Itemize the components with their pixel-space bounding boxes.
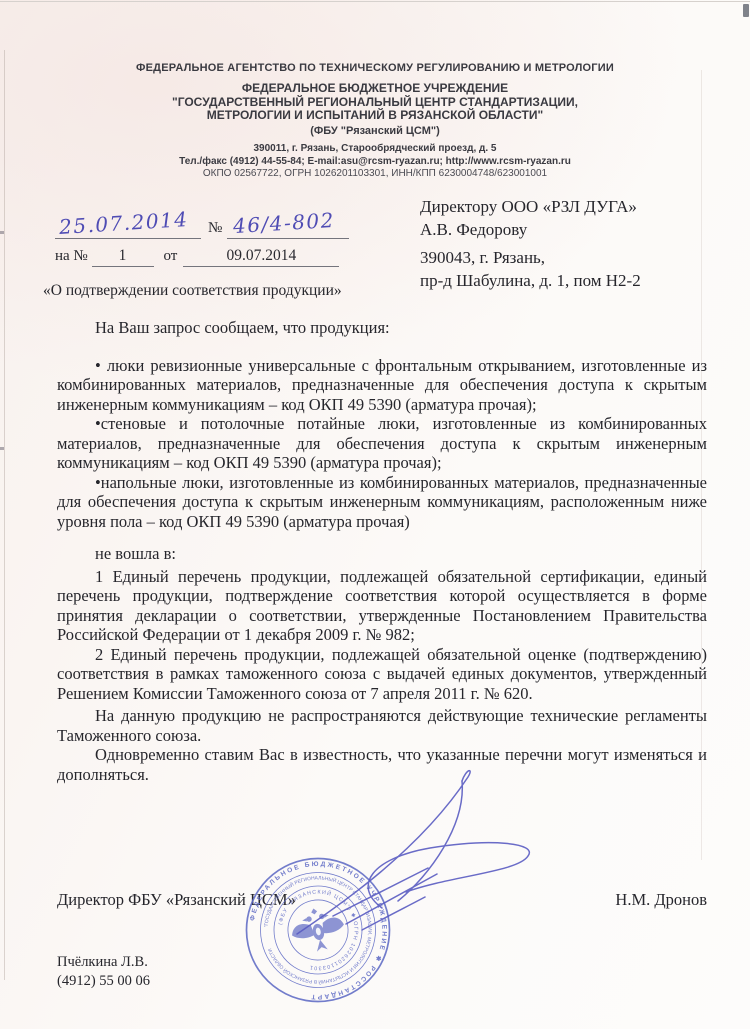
letterhead-name-line1: "ГОСУДАРСТВЕННЫЙ РЕГИОНАЛЬНЫЙ ЦЕНТР СТАН… [0, 96, 750, 110]
signature-stroke [333, 868, 428, 916]
letterhead-short-name: (ФБУ "Рязанский ЦСМ") [0, 125, 750, 137]
scan-artifact [0, 231, 4, 234]
letterhead-agency: ФЕДЕРАЛЬНОЕ АГЕНТСТВО ПО ТЕХНИЧЕСКОМУ РЕ… [0, 62, 750, 74]
body-paragraph-bullet: • люки ревизионные универсальные с фронт… [57, 356, 707, 415]
incoming-number-value: 1 [92, 247, 154, 265]
letterhead-institution: ФЕДЕРАЛЬНОЕ БЮДЖЕТНОЕ УЧРЕЖДЕНИЕ [0, 82, 750, 96]
body-paragraph: не вошла в: [57, 544, 707, 564]
reference-block: 25.07.2014 № 46/4-802 на № 1 от 09.07.20… [55, 206, 385, 268]
scan-artifact [0, 447, 4, 450]
executor-phone: (4912) 55 00 06 [57, 972, 150, 991]
letterhead-codes: ОКПО 02567722, ОГРН 1026201103301, ИНН/К… [0, 168, 750, 179]
incoming-ref-row: на № 1 от 09.07.2014 [55, 242, 385, 268]
addressee-line1: Директору ООО «РЗЛ ДУГА» [420, 196, 720, 219]
signatory-name: Н.М. Дронов [615, 890, 707, 910]
from-label: от [164, 248, 178, 265]
signature-stroke [362, 897, 425, 930]
number-sign: № [208, 220, 222, 237]
scan-corner-mark [743, 4, 749, 17]
incoming-date-value: 09.07.2014 [183, 247, 339, 265]
letterhead-contacts: Тел./факс (4912) 44-55-84; E-mail:asu@rc… [0, 156, 750, 167]
body-paragraph: 2 Единый перечень продукции, подлежащей … [57, 645, 707, 704]
letter-body: На Ваш запрос сообщаем, что продукция: •… [57, 318, 707, 784]
addressee-line4: пр-д Шабулина, д. 1, пом Н2-2 [420, 270, 720, 293]
pen-signature [270, 755, 570, 935]
addressee-line3: 390043, г. Рязань, [420, 247, 720, 270]
letterhead-address: 390011, г. Рязань, Старообрядческий прое… [0, 143, 750, 154]
letterhead: ФЕДЕРАЛЬНОЕ АГЕНТСТВО ПО ТЕХНИЧЕСКОМУ РЕ… [0, 62, 750, 179]
outgoing-ref-row: 25.07.2014 № 46/4-802 [55, 206, 385, 240]
outgoing-number-field: 46/4-802 [227, 206, 349, 239]
letterhead-name-line2: МЕТРОЛОГИИ И ИСПЫТАНИЙ В РЯЗАНСКОЙ ОБЛАС… [0, 109, 750, 123]
outgoing-date-field: 25.07.2014 [55, 206, 201, 239]
outgoing-date-handwritten: 25.07.2014 [58, 207, 189, 239]
signature-stroke [297, 771, 470, 934]
addressee-block: Директору ООО «РЗЛ ДУГА» А.В. Федорову 3… [420, 196, 720, 292]
signature-stroke [346, 874, 437, 924]
executor-block: Пчёлкина Л.В. (4912) 55 00 06 [57, 953, 150, 991]
body-paragraph: 1 Единый перечень продукции, подлежащей … [57, 567, 707, 645]
outgoing-number-handwritten: 46/4-802 [233, 208, 336, 238]
scan-top-edge [0, 1, 750, 2]
scanned-letter-page: ФЕДЕРАЛЬНОЕ АГЕНТСТВО ПО ТЕХНИЧЕСКОМУ РЕ… [0, 0, 750, 1029]
incoming-number-field: 1 [92, 242, 154, 267]
body-paragraph: На Ваш запрос сообщаем, что продукция: [57, 318, 707, 338]
body-paragraph-bullet: •напольные люки, изготовленные из комбин… [57, 473, 707, 532]
body-paragraph: На данную продукцию не распространяются … [57, 706, 707, 745]
subject-line: «О подтверждении соответствия продукции» [43, 282, 342, 300]
executor-name: Пчёлкина Л.В. [57, 953, 150, 972]
addressee-line2: А.В. Федорову [420, 219, 720, 242]
scan-left-edge [4, 50, 5, 980]
body-paragraph-bullet: •стеновые и потолочные потайные люки, из… [57, 414, 707, 473]
incoming-date-field: 09.07.2014 [183, 242, 339, 267]
reply-prefix-label: на № [55, 248, 88, 265]
